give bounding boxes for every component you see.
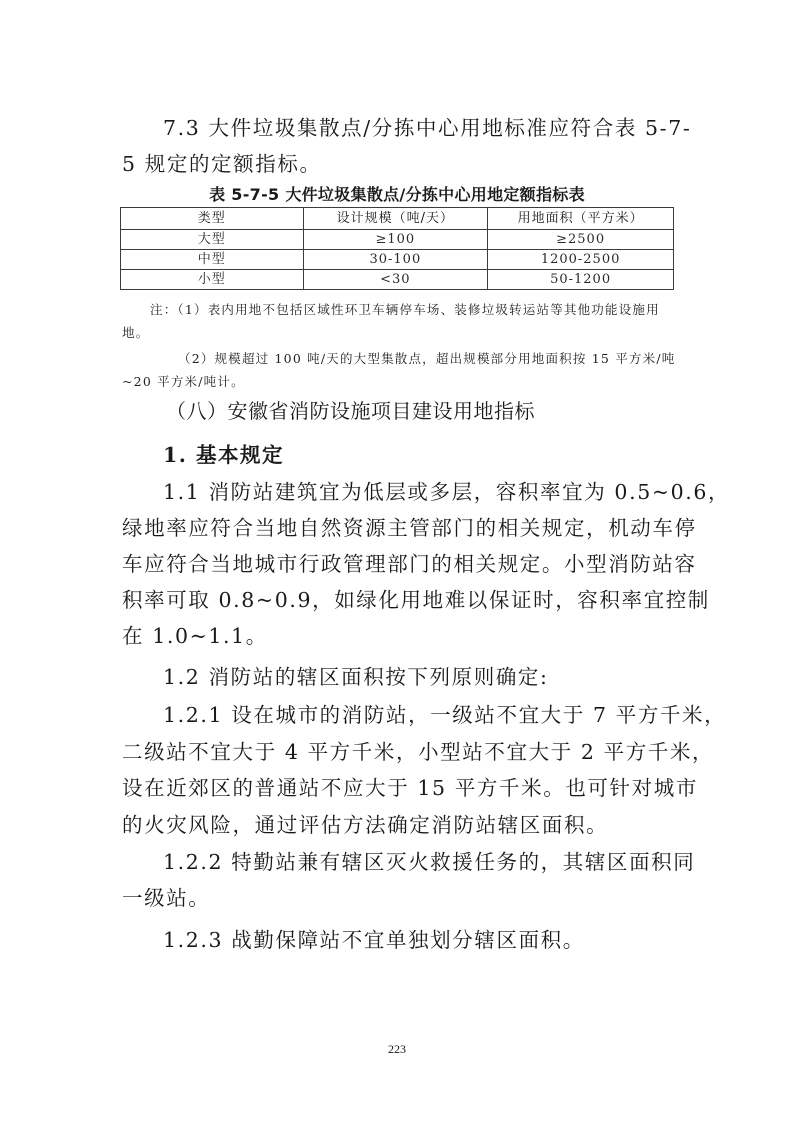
table-note-2-line-2: ~20 平方米/吨计。 xyxy=(122,370,245,394)
paragraph-1-2-1-line-2: 二级站不宜大于 4 平方千米，小型站不宜大于 2 平方千米， xyxy=(122,734,674,770)
paragraph-1-2-3-line-1: 1.2.3 战勤保障站不宜单独划分辖区面积。 xyxy=(163,922,674,958)
table-header-row: 类型 设计规模（吨/天） 用地面积（平方米） xyxy=(121,208,674,230)
table-note-2-line-1: （2）规模超过 100 吨/天的大型集散点，超出规模部分用地面积按 15 平方米… xyxy=(178,347,675,371)
table-note-1-line-2: 地。 xyxy=(122,321,149,345)
paragraph-1-1-line-3: 车应符合当地城市行政管理部门的相关规定。小型消防站容 xyxy=(122,546,674,582)
document-page: 7.3 大件垃圾集散点/分拣中心用地标准应符合表 5-7- 5 规定的定额指标。… xyxy=(0,0,794,1122)
table-row: 小型 <30 50-1200 xyxy=(121,270,674,290)
table-row: 中型 30-100 1200-2500 xyxy=(121,250,674,270)
paragraph-7-3-line-2: 5 规定的定额指标。 xyxy=(122,146,674,182)
land-quota-table: 类型 设计规模（吨/天） 用地面积（平方米） 大型 ≥100 ≥2500 中型 … xyxy=(120,207,674,290)
table-row: 大型 ≥100 ≥2500 xyxy=(121,230,674,250)
table-note-1-line-1: 注：（1）表内用地不包括区域性环卫车辆停车场、装修垃圾转运站等其他功能设施用 xyxy=(150,298,660,322)
table-cell-area: ≥2500 xyxy=(488,230,674,250)
table-cell-area: 1200-2500 xyxy=(488,250,674,270)
table-header-design-scale: 设计规模（吨/天） xyxy=(303,208,488,230)
paragraph-1-1-line-1: 1.1 消防站建筑宜为低层或多层，容积率宜为 0.5~0.6， xyxy=(163,474,674,510)
paragraph-1-2-line-1: 1.2 消防站的辖区面积按下列原则确定: xyxy=(163,659,674,695)
table-cell-scale: 30-100 xyxy=(303,250,488,270)
paragraph-1-2-2-line-2: 一级站。 xyxy=(122,880,674,916)
paragraph-1-1-line-4: 积率可取 0.8~0.9，如绿化用地难以保证时，容积率宜控制 xyxy=(122,582,674,618)
table-cell-scale: ≥100 xyxy=(303,230,488,250)
paragraph-1-1-line-2: 绿地率应符合当地自然资源主管部门的相关规定，机动车停 xyxy=(122,510,674,546)
table-cell-type: 大型 xyxy=(121,230,304,250)
paragraph-1-2-2-line-1: 1.2.2 特勤站兼有辖区灭火救援任务的，其辖区面积同 xyxy=(163,844,674,880)
paragraph-1-2-1-line-1: 1.2.1 设在城市的消防站，一级站不宜大于 7 平方千米， xyxy=(163,697,674,733)
paragraph-1-2-1-line-4: 的火灾风险，通过评估方法确定消防站辖区面积。 xyxy=(122,807,674,843)
paragraph-7-3-line-1: 7.3 大件垃圾集散点/分拣中心用地标准应符合表 5-7- xyxy=(163,110,674,146)
table-cell-type: 中型 xyxy=(121,250,304,270)
paragraph-1-2-1-line-3: 设在近郊区的普通站不应大于 15 平方千米。也可针对城市 xyxy=(122,770,674,806)
page-number: 223 xyxy=(377,1041,417,1057)
section-heading: （八）安徽省消防设施项目建设用地指标 xyxy=(166,394,535,428)
paragraph-1-1-line-5: 在 1.0~1.1。 xyxy=(122,618,674,654)
table-cell-area: 50-1200 xyxy=(488,270,674,290)
table-cell-scale: <30 xyxy=(303,270,488,290)
subsection-heading: 1. 基本规定 xyxy=(163,438,284,472)
table-header-type: 类型 xyxy=(121,208,304,230)
table-header-land-area: 用地面积（平方米） xyxy=(488,208,674,230)
table-cell-type: 小型 xyxy=(121,270,304,290)
table-caption: 表 5-7-5 大件垃圾集散点/分拣中心用地定额指标表 xyxy=(120,183,674,207)
